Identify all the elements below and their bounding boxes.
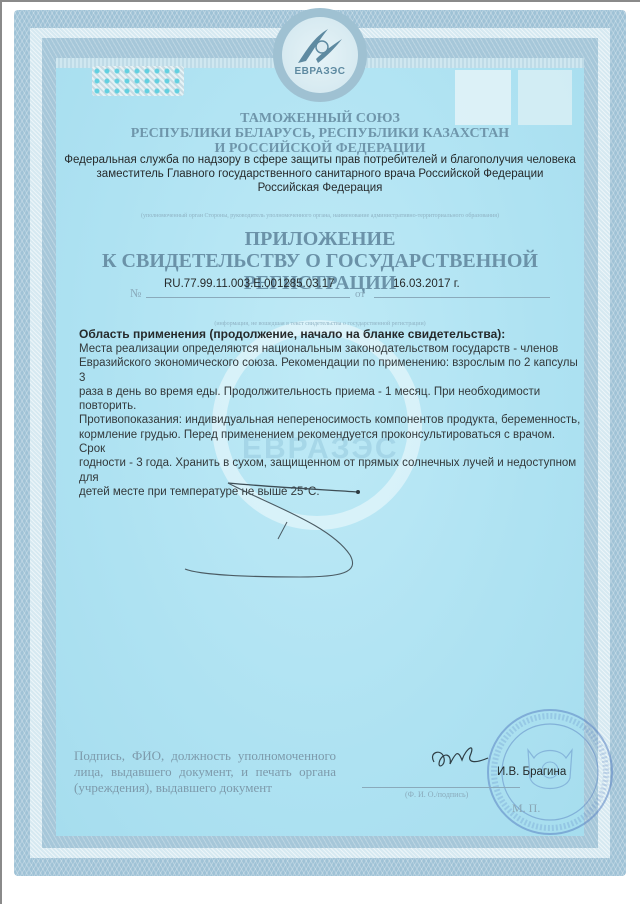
date-label: от bbox=[355, 288, 365, 300]
name-caption: (Ф. И. О./подпись) bbox=[405, 790, 468, 799]
hologram-sticker bbox=[92, 66, 184, 96]
registration-date: 16.03.2017 г. bbox=[393, 278, 460, 290]
evrazes-emblem: ЕВРАЗЭС bbox=[273, 8, 367, 102]
authority-caption: (уполномоченный орган Стороны, руководит… bbox=[56, 213, 584, 219]
signature-caption: Подпись, ФИО, должность уполномоченного … bbox=[74, 748, 336, 796]
scope-line: Места реализации определяются национальн… bbox=[79, 342, 584, 356]
scope-title: Область применения (продолжение, начало … bbox=[79, 327, 505, 341]
union-line-1: ТАМОЖЕННЫЙ СОЮЗ bbox=[56, 111, 584, 126]
number-label: № bbox=[130, 286, 141, 301]
handwritten-z-line-icon bbox=[180, 465, 400, 585]
number-underline bbox=[146, 297, 350, 298]
official-signature-icon bbox=[428, 740, 498, 776]
official-name: И.В. Брагина bbox=[497, 766, 566, 778]
date-underline bbox=[374, 297, 550, 298]
scope-line: раза в день во время еды. Продолжительно… bbox=[79, 385, 584, 414]
emblem-label: ЕВРАЗЭС bbox=[282, 66, 358, 77]
union-line-2: РЕСПУБЛИКИ БЕЛАРУСЬ, РЕСПУБЛИКИ КАЗАХСТА… bbox=[56, 126, 584, 141]
scope-line: Противопоказания: индивидуальная неперен… bbox=[79, 413, 584, 427]
scope-line: кормление грудью. Перед применением реко… bbox=[79, 428, 584, 457]
customs-union-heading: ТАМОЖЕННЫЙ СОЮЗ РЕСПУБЛИКИ БЕЛАРУСЬ, РЕС… bbox=[56, 111, 584, 156]
evrazes-logo-icon bbox=[292, 25, 348, 67]
agency-line-3: Российская Федерация bbox=[56, 181, 584, 195]
agency-line-1: Федеральная служба по надзору в сфере за… bbox=[56, 153, 584, 167]
issuing-agency: Федеральная служба по надзору в сфере за… bbox=[56, 153, 584, 195]
signature-underline bbox=[362, 787, 520, 788]
seal-label: М. П. bbox=[512, 801, 540, 816]
title-line-1: ПРИЛОЖЕНИЕ bbox=[56, 228, 584, 250]
agency-line-2: заместитель Главного государственного са… bbox=[56, 167, 584, 181]
scope-line: Евразийского экономического союза. Реком… bbox=[79, 356, 584, 385]
registration-number: RU.77.99.11.003.E.001285.03.17 bbox=[164, 278, 335, 290]
